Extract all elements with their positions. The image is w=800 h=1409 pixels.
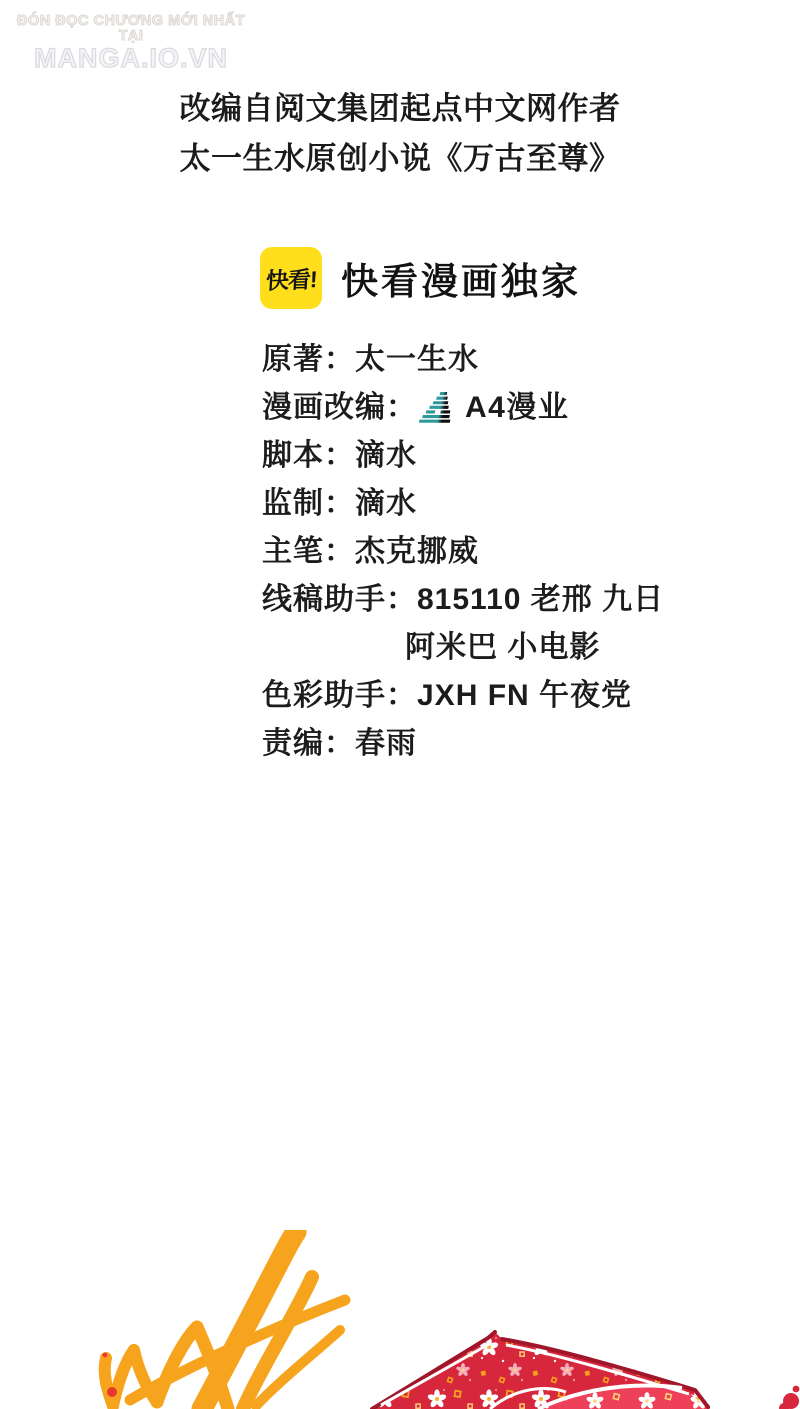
credit-row-editor: 责编： 春雨 <box>262 720 782 768</box>
credit-label: 责编： <box>262 720 355 768</box>
red-paint-speck-small <box>103 1353 108 1358</box>
adaptation-notice-line2: 太一生水原创小说《万古至尊》 <box>0 134 800 184</box>
credit-value: JXH FN 午夜党 <box>417 672 632 720</box>
credit-value: 滴水 <box>355 480 417 528</box>
credit-value: A4漫业 <box>465 384 569 432</box>
credit-value: 杰克挪威 <box>355 528 479 576</box>
publisher-row: 快看! 快看漫画独家 <box>260 247 581 309</box>
watermark-tagline: ĐÓN ĐỌC CHƯƠNG MỚI NHẤT TẠI <box>16 14 246 44</box>
site-watermark: ĐÓN ĐỌC CHƯƠNG MỚI NHẤT TẠI MANGA.IO.VN <box>16 14 246 73</box>
credit-row-lineart-assistants-cont: 阿米巴 小电影 <box>262 624 782 672</box>
credit-label: 监制： <box>262 480 355 528</box>
red-paint-speck <box>107 1387 117 1397</box>
credit-label: 漫画改编： <box>262 384 417 432</box>
credit-row-lineart-assistants: 线稿助手： 815110 老邢 九日 <box>262 576 782 624</box>
watermark-site-name: MANGA.IO.VN <box>16 44 246 72</box>
kuaikan-logo: 快看! <box>260 247 322 309</box>
credits-list: 原著： 太一生水 漫画改编： <box>262 336 782 768</box>
credit-label: 色彩助手： <box>262 672 417 720</box>
adaptation-notice-line1: 改编自阅文集团起点中文网作者 <box>0 84 800 134</box>
orange-brush-strokes <box>105 1232 345 1409</box>
credit-label: 脚本： <box>262 432 355 480</box>
bottom-artwork <box>60 1230 800 1409</box>
credit-row-supervisor: 监制： 滴水 <box>262 480 782 528</box>
manga-credits-page: ĐÓN ĐỌC CHƯƠNG MỚI NHẤT TẠI MANGA.IO.VN … <box>0 0 800 1409</box>
a4-studio-logo-icon <box>419 391 459 425</box>
kuaikan-logo-text: 快看! <box>265 261 318 296</box>
credit-row-lead-artist: 主笔： 杰克挪威 <box>262 528 782 576</box>
credit-label: 线稿助手： <box>262 576 417 624</box>
credit-row-original-author: 原著： 太一生水 <box>262 336 782 384</box>
credit-row-comic-adaptation: 漫画改编： <box>262 384 782 432</box>
credit-value: 滴水 <box>355 432 417 480</box>
credit-row-color-assistants: 色彩助手： JXH FN 午夜党 <box>262 672 782 720</box>
credit-value: 阿米巴 小电影 <box>405 624 600 672</box>
credit-value: 太一生水 <box>355 336 479 384</box>
red-fabric-corner-blob <box>779 1386 799 1409</box>
credit-value: 春雨 <box>355 720 417 768</box>
credit-label: 主笔： <box>262 528 355 576</box>
red-fabric <box>372 1332 710 1409</box>
credit-value: 815110 老邢 九日 <box>417 576 664 624</box>
credit-label: 原著： <box>262 336 355 384</box>
credit-row-script: 脚本： 滴水 <box>262 432 782 480</box>
publisher-exclusive-label: 快看漫画独家 <box>341 251 581 305</box>
adaptation-notice: 改编自阅文集团起点中文网作者 太一生水原创小说《万古至尊》 <box>0 84 800 184</box>
